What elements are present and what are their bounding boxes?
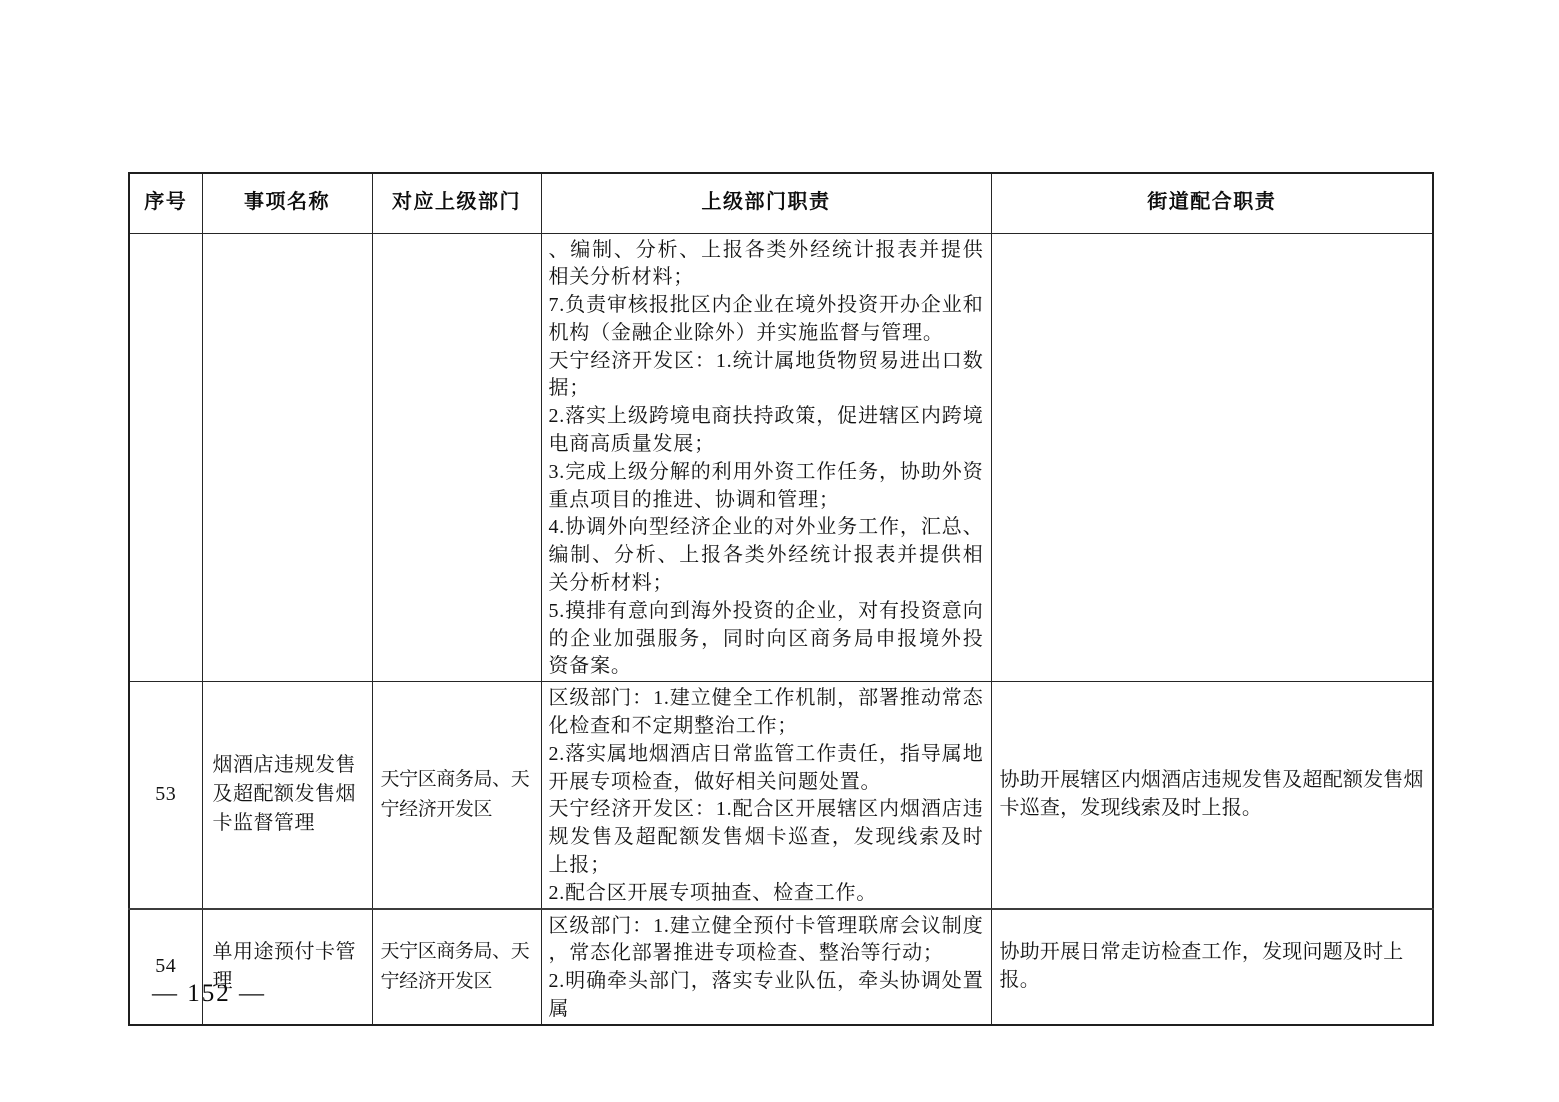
duty-paragraph: 2.配合区开展专项抽查、检查工作。 xyxy=(549,880,984,908)
duty-paragraph: 5.摸排有意向到海外投资的企业，对有投资意向的企业加强服务，同时向区商务局申报境… xyxy=(549,598,984,681)
row-index-cell: 53 xyxy=(129,682,202,909)
table-row: 54单用途预付卡管理天宁区商务局、天宁经济开发区区级部门：1.建立健全预付卡管理… xyxy=(129,909,1433,1025)
department-cell: 天宁区商务局、天宁经济开发区 xyxy=(372,909,541,1025)
superior-duties-cell: 区级部门：1.建立健全预付卡管理联席会议制度，常态化部署推进专项检查、整治等行动… xyxy=(541,909,991,1025)
document-page: 序号 事项名称 对应上级部门 上级部门职责 街道配合职责 、编制、分析、上报各类… xyxy=(0,0,1559,1102)
duty-paragraph: 2.落实属地烟酒店日常监管工作责任，指导属地开展专项检查，做好相关问题处置。 xyxy=(549,741,984,797)
department-cell: 天宁区商务局、天宁经济开发区 xyxy=(372,682,541,909)
duty-paragraph: 4.协调外向型经济企业的对外业务工作，汇总、编制、分析、上报各类外经统计报表并提… xyxy=(549,514,984,597)
duty-paragraph: 2.落实上级跨境电商扶持政策，促进辖区内跨境电商高质量发展； xyxy=(549,403,984,459)
item-name-cell: 烟酒店违规发售及超配额发售烟卡监督管理 xyxy=(202,682,372,909)
duty-paragraph: 天宁经济开发区：1.配合区开展辖区内烟酒店违规发售及超配额发售烟卡巡查，发现线索… xyxy=(549,796,984,879)
page-number: — 152 — xyxy=(152,980,266,1008)
table-body: 、编制、分析、上报各类外经统计报表并提供相关分析材料；7.负责审核报批区内企业在… xyxy=(129,233,1433,1025)
street-duties-cell xyxy=(991,233,1433,682)
header-row: 序号 事项名称 对应上级部门 上级部门职责 街道配合职责 xyxy=(129,173,1433,233)
duty-paragraph: 区级部门：1.建立健全预付卡管理联席会议制度，常态化部署推进专项检查、整治等行动… xyxy=(549,913,984,969)
column-header-street-duties: 街道配合职责 xyxy=(991,173,1433,233)
column-header-name: 事项名称 xyxy=(202,173,372,233)
table-row: 53烟酒店违规发售及超配额发售烟卡监督管理天宁区商务局、天宁经济开发区区级部门：… xyxy=(129,682,1433,909)
department-cell xyxy=(372,233,541,682)
superior-duties-cell: 区级部门：1.建立健全工作机制，部署推动常态化检查和不定期整治工作；2.落实属地… xyxy=(541,682,991,909)
responsibility-table: 序号 事项名称 对应上级部门 上级部门职责 街道配合职责 、编制、分析、上报各类… xyxy=(128,172,1434,1026)
duty-paragraph: 、编制、分析、上报各类外经统计报表并提供相关分析材料； xyxy=(549,237,984,293)
item-name-cell xyxy=(202,233,372,682)
duty-paragraph: 2.明确牵头部门，落实专业队伍，牵头协调处置属 xyxy=(549,968,984,1024)
duty-paragraph: 区级部门：1.建立健全工作机制，部署推动常态化检查和不定期整治工作； xyxy=(549,685,984,741)
table-row: 、编制、分析、上报各类外经统计报表并提供相关分析材料；7.负责审核报批区内企业在… xyxy=(129,233,1433,682)
column-header-index: 序号 xyxy=(129,173,202,233)
superior-duties-cell: 、编制、分析、上报各类外经统计报表并提供相关分析材料；7.负责审核报批区内企业在… xyxy=(541,233,991,682)
duty-paragraph: 3.完成上级分解的利用外资工作任务，协助外资重点项目的推进、协调和管理； xyxy=(549,459,984,515)
street-duties-cell: 协助开展辖区内烟酒店违规发售及超配额发售烟卡巡查，发现线索及时上报。 xyxy=(991,682,1433,909)
table-header: 序号 事项名称 对应上级部门 上级部门职责 街道配合职责 xyxy=(129,173,1433,233)
duty-paragraph: 7.负责审核报批区内企业在境外投资开办企业和机构（金融企业除外）并实施监督与管理… xyxy=(549,292,984,348)
street-duties-cell: 协助开展日常走访检查工作，发现问题及时上报。 xyxy=(991,909,1433,1025)
duty-paragraph: 天宁经济开发区：1.统计属地货物贸易进出口数据； xyxy=(549,348,984,404)
column-header-department: 对应上级部门 xyxy=(372,173,541,233)
row-index-cell xyxy=(129,233,202,682)
column-header-superior-duties: 上级部门职责 xyxy=(541,173,991,233)
